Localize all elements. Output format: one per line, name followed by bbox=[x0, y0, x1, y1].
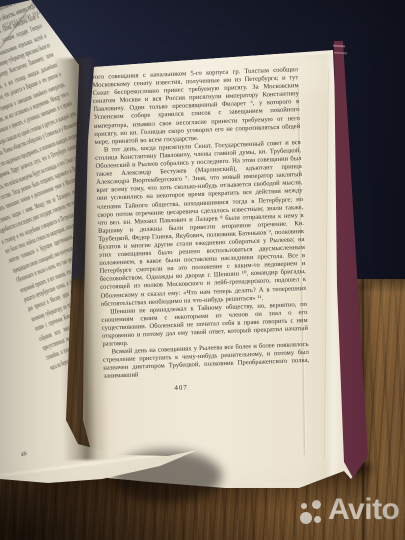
paragraph: Всякий день на совещаниях у Рылеева все … bbox=[103, 341, 310, 381]
paragraph: В тот день, когда присягнули Сенат, Госу… bbox=[95, 139, 307, 309]
right-page-number: 407 bbox=[104, 378, 310, 394]
paragraph: того совещания с начальником 5-го корпус… bbox=[92, 66, 301, 147]
left-page-number: 406 bbox=[20, 450, 28, 459]
page-crease bbox=[324, 70, 331, 460]
book-listing-photo: Avito того совещания с начальником 5-го … bbox=[0, 0, 405, 540]
right-page-text: того совещания с начальником 5-го корпус… bbox=[92, 66, 310, 394]
avito-logo-dot bbox=[314, 516, 321, 523]
avito-logo-dot bbox=[300, 512, 312, 524]
